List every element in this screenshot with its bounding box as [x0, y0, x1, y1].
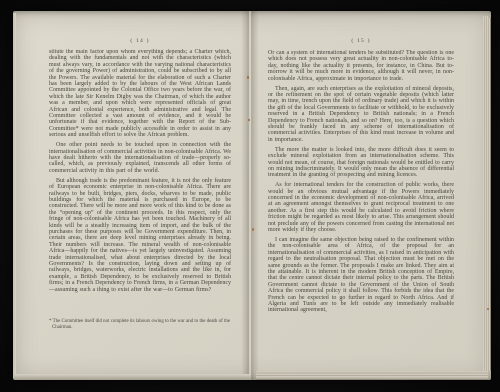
paragraph: One other point needs to be touched upon… [49, 142, 231, 174]
page-bottom-edge-left [14, 374, 251, 380]
page-fore-edge [483, 16, 491, 371]
paragraph: I can imagine the same objection being r… [268, 237, 454, 314]
left-page-footnote: * The Committee itself did not complete … [49, 319, 230, 330]
page-bottom-edge-right [256, 371, 488, 380]
paragraph: Or can a system of international tenders… [268, 50, 454, 82]
left-page-text: stitute the main factor upon whom everyt… [49, 49, 231, 315]
open-book: ( 14 ) stitute the main factor upon whom… [13, 11, 491, 380]
paragraph: stitute the main factor upon whom everyt… [49, 49, 231, 139]
right-page-text: Or can a system of international tenders… [268, 50, 454, 345]
paragraph: The more the matter is looked into, the … [268, 147, 454, 179]
paragraph: But although trade is the predominant fe… [49, 178, 231, 293]
paragraph: As for international tenders for the con… [268, 182, 454, 233]
paragraph: Then, again, are such enterprises as the… [268, 86, 454, 144]
right-page-number: ( 15 ) [268, 38, 454, 44]
left-page-number: ( 14 ) [49, 38, 231, 44]
left-page: ( 14 ) stitute the main factor upon whom… [13, 11, 250, 380]
right-page: ( 15 ) Or can a system of international … [250, 11, 491, 380]
book-photo: ( 14 ) stitute the main factor upon whom… [0, 0, 500, 392]
